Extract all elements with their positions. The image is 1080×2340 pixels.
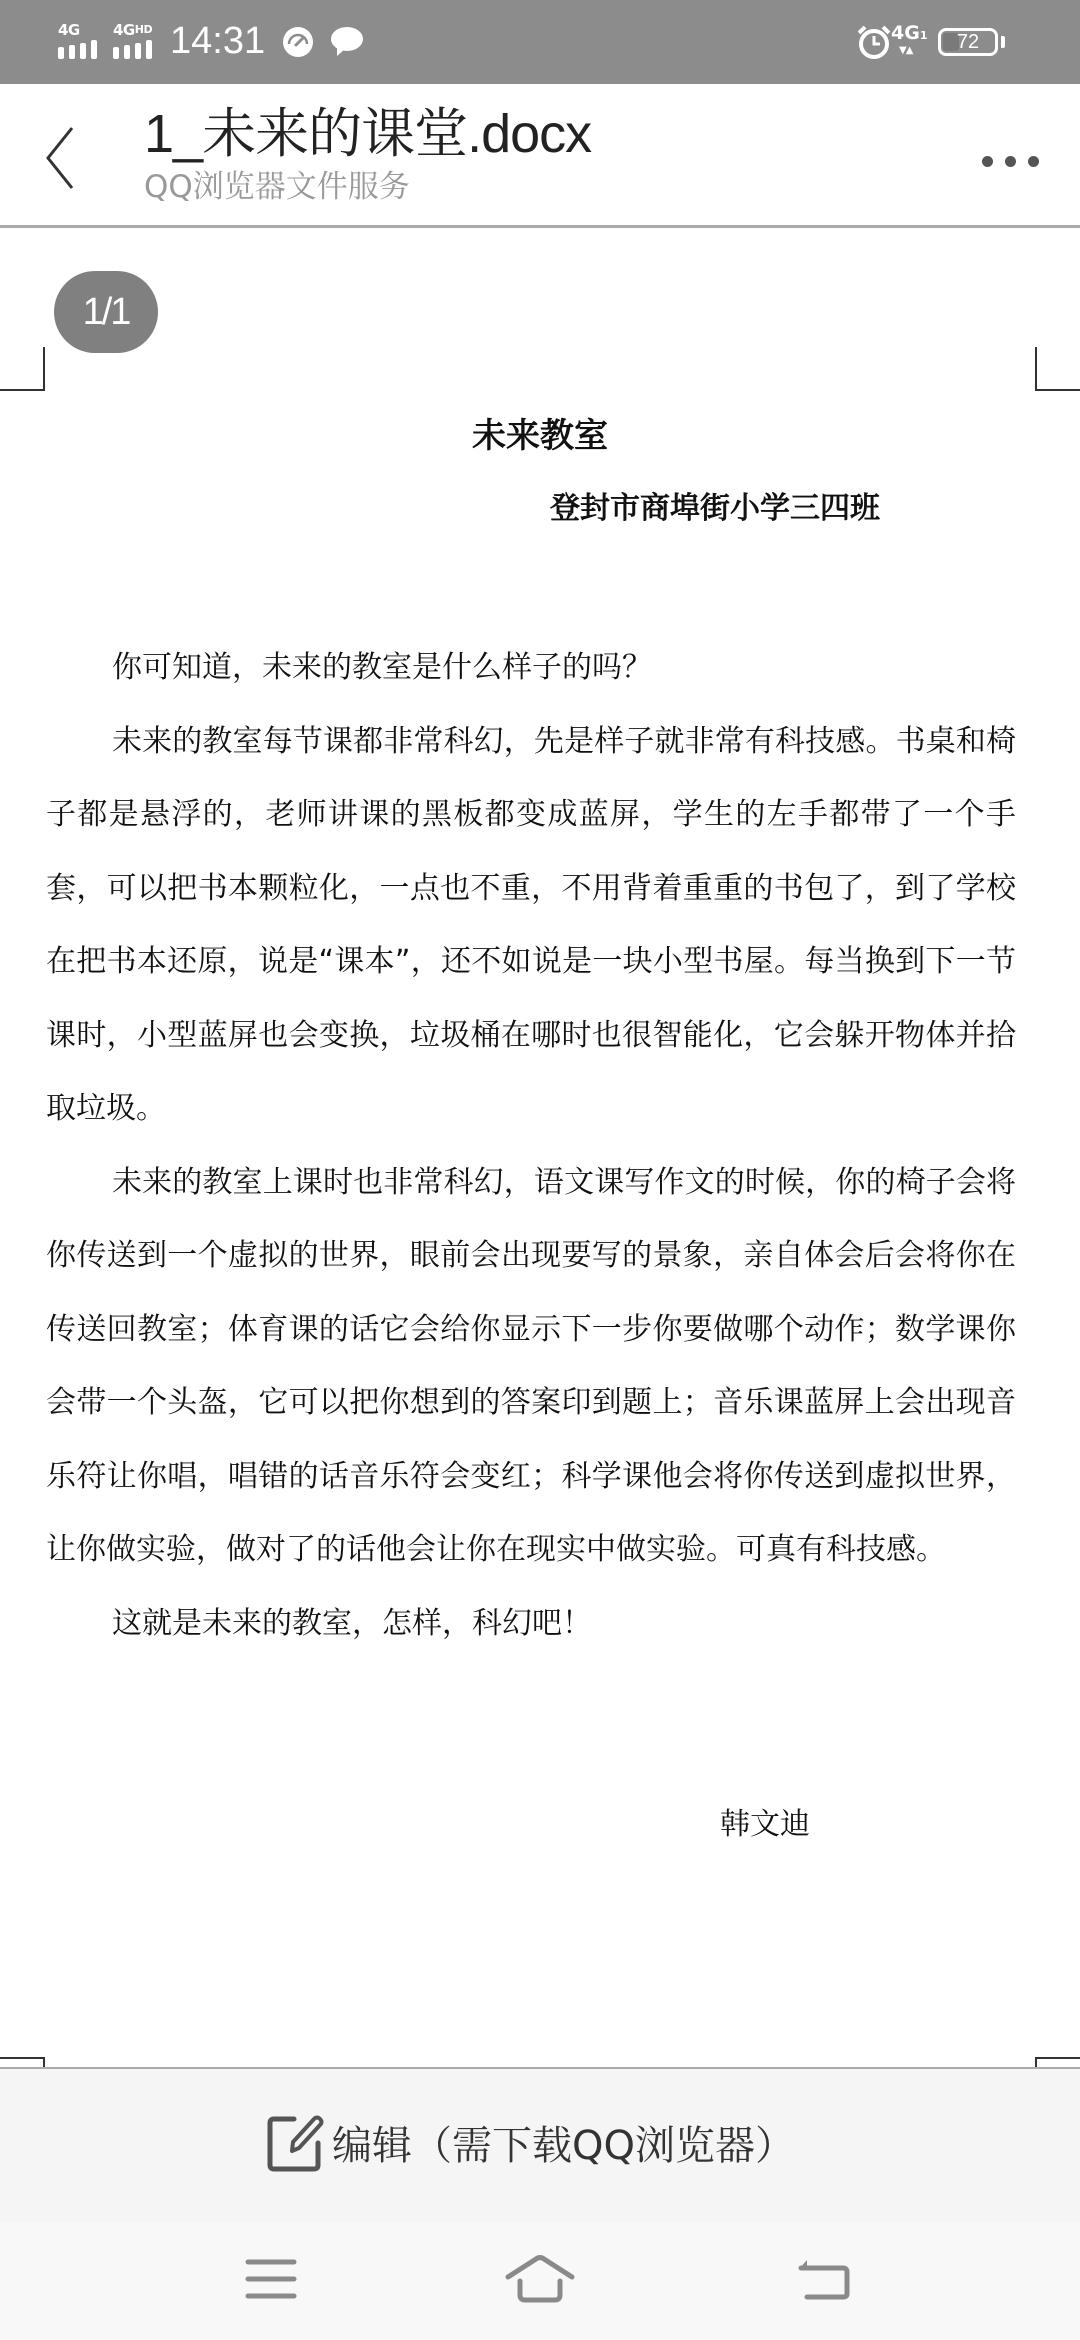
battery-nub — [1001, 36, 1005, 48]
paragraph: 这就是未来的教室，怎样，科幻吧！ — [46, 1587, 1016, 1661]
more-horizontal-icon — [982, 156, 993, 167]
document-viewer[interactable]: 1/1 未来教室 登封市商埠街小学三四班 你可知道，未来的教室是什么样子的吗？ … — [0, 231, 1080, 2067]
data-activity-icon: ▼▲ — [899, 46, 912, 56]
sim1-signal-icon: 4G — [58, 22, 108, 62]
edit-button[interactable]: 编辑（需下载QQ浏览器） — [264, 2111, 795, 2181]
battery-icon: 72 — [938, 28, 998, 56]
sim2-network-label: 4GHD — [113, 22, 152, 38]
page-indicator: 1/1 — [54, 271, 158, 353]
home-icon — [505, 2255, 575, 2303]
edit-bar: 编辑（需下载QQ浏览器） — [0, 2067, 1080, 2222]
document-heading: 未来教室 — [0, 409, 1080, 463]
page-corner-mark — [0, 347, 45, 391]
document-author: 韩文迪 — [720, 1801, 810, 1849]
more-dot — [1005, 156, 1016, 167]
chevron-left-icon — [40, 122, 80, 192]
page-corner-mark — [1035, 2057, 1080, 2067]
nav-home-button[interactable] — [490, 2244, 590, 2314]
document-school-name: 登封市商埠街小学三四班 — [550, 485, 880, 533]
menu-lines-icon — [244, 2256, 298, 2302]
nav-menu-button[interactable] — [221, 2244, 321, 2314]
screen: 4G 4GHD 14:31 4G1 ▼▲ 72 — [0, 0, 1080, 2340]
document-body: 你可知道，未来的教室是什么样子的吗？ 未来的教室每节课都非常科幻，先是样子就非常… — [46, 631, 1016, 1660]
back-button[interactable] — [40, 122, 100, 192]
speedometer-icon — [282, 26, 314, 62]
document-title: 1_未来的课堂.docx — [144, 102, 591, 166]
system-nav-bar — [0, 2222, 1080, 2340]
paragraph: 未来的教室上课时也非常科幻，语文课写作文的时候，你的椅子会将你传送到一个虚拟的世… — [46, 1146, 1016, 1587]
more-dot — [1028, 156, 1039, 167]
more-options-button[interactable] — [970, 136, 1050, 186]
paragraph: 未来的教室每节课都非常科幻，先是样子就非常有科技感。书桌和椅子都是悬浮的，老师讲… — [46, 705, 1016, 1146]
battery-percent: 72 — [941, 29, 995, 55]
message-bubble-icon — [330, 26, 364, 62]
page-corner-mark — [1035, 347, 1080, 391]
sim1-network-label: 4G — [58, 22, 80, 38]
data-network-indicator: 4G1 ▼▲ — [891, 22, 927, 47]
edit-square-icon — [264, 2113, 326, 2179]
return-arrow-icon — [795, 2256, 855, 2302]
paragraph: 你可知道，未来的教室是什么样子的吗？ — [46, 631, 1016, 705]
edit-button-label: 编辑（需下载QQ浏览器） — [332, 2116, 795, 2176]
title-bar: 1_未来的课堂.docx QQ浏览器文件服务 — [0, 84, 1080, 228]
alarm-clock-icon — [856, 24, 892, 64]
document-subtitle: QQ浏览器文件服务 — [144, 168, 410, 206]
nav-back-button[interactable] — [775, 2244, 875, 2314]
status-bar: 4G 4GHD 14:31 4G1 ▼▲ 72 — [0, 0, 1080, 84]
status-time: 14:31 — [170, 18, 265, 64]
page-corner-mark — [0, 2057, 45, 2067]
sim2-signal-icon: 4GHD — [113, 22, 163, 62]
